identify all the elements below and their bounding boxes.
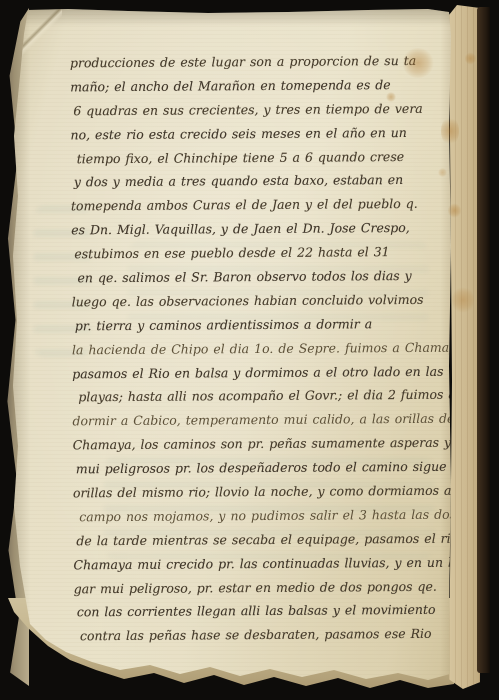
text-line: pasamos el Rio en balsa y dormimos a el … bbox=[72, 359, 450, 386]
text-line: estubimos en ese pueblo desde el 22 hast… bbox=[71, 240, 449, 267]
foxing-stain bbox=[465, 52, 476, 65]
text-line: y dos y media a tres quando esta baxo, e… bbox=[71, 168, 449, 195]
text-line: pr. tierra y caminos ardientissimos a do… bbox=[72, 311, 450, 338]
text-line: contra las peñas hase se desbaraten, pas… bbox=[74, 622, 452, 649]
text-line: no, este rio esta crecido seis meses en … bbox=[70, 120, 448, 147]
foxing-stain bbox=[386, 92, 396, 102]
foxing-stain bbox=[441, 116, 459, 146]
manuscript-photo: producciones de este lugar son a proporc… bbox=[0, 0, 499, 700]
text-line: de la tarde mientras se secaba el equipa… bbox=[73, 526, 451, 553]
page-stack-edge bbox=[449, 5, 480, 689]
text-line: luego qe. las observaciones habian concl… bbox=[72, 288, 450, 315]
text-line: la hacienda de Chipo el dia 1o. de Sepre… bbox=[72, 335, 450, 362]
text-line: Chamaya mui crecido pr. las continuadas … bbox=[73, 550, 451, 577]
text-line: campo nos mojamos, y no pudimos salir el… bbox=[73, 503, 451, 530]
foxing-stain bbox=[452, 286, 474, 314]
text-line: tiempo fixo, el Chinchipe tiene 5 a 6 qu… bbox=[71, 144, 449, 171]
text-line: orillas del mismo rio; llovio la noche, … bbox=[73, 479, 451, 506]
text-line: tomependa ambos Curas el de Jaen y el de… bbox=[71, 192, 449, 219]
text-line: con las corrientes llegan alli las balsa… bbox=[74, 598, 452, 625]
text-line: Chamaya, los caminos son pr. peñas sumam… bbox=[73, 431, 451, 458]
text-line: playas; hasta alli nos acompaño el Govr.… bbox=[72, 383, 450, 410]
foxing-stain bbox=[438, 168, 447, 177]
text-line: mui peligrosos pr. los despeñaderos todo… bbox=[73, 455, 451, 482]
manuscript-page: producciones de este lugar son a proporc… bbox=[8, 6, 456, 688]
text-line: es Dn. Migl. Vaquillas, y de Jaen el Dn.… bbox=[71, 216, 449, 243]
text-line: producciones de este lugar son a proporc… bbox=[70, 49, 448, 76]
foxing-stain bbox=[402, 48, 434, 78]
text-line: dormir a Cabico, temperamento mui calido… bbox=[72, 407, 450, 434]
text-line: en qe. salimos el Sr. Baron observo todo… bbox=[71, 264, 449, 291]
text-line: gar mui peligroso, pr. estar en medio de… bbox=[74, 574, 452, 601]
handwritten-text-block: producciones de este lugar son a proporc… bbox=[70, 49, 452, 649]
foxing-stain bbox=[448, 203, 461, 218]
book-cover-edge bbox=[477, 7, 490, 673]
